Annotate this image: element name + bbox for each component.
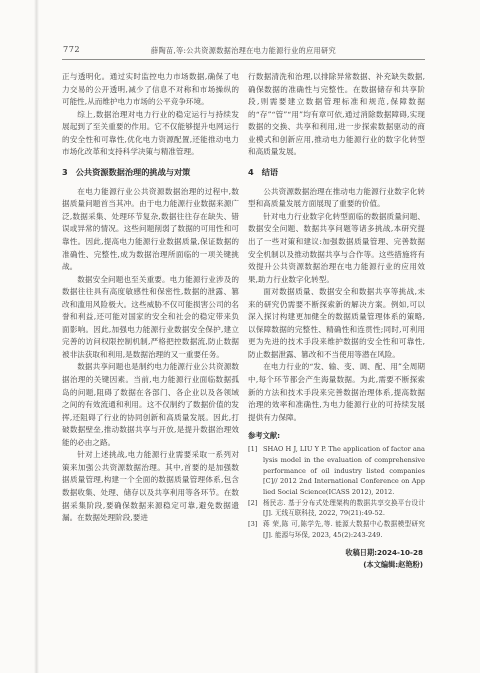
reference-text: SHAO H J, LIU Y P. The application of fa… xyxy=(263,444,425,498)
left-column: 正与透明化。通过实时监控电力市场数据,确保了电力交易的公开透明,减少了信息不对称… xyxy=(62,71,239,571)
running-title: 薛陶苗,等:公共资源数据治理在电力能源行业的应用研究 xyxy=(62,44,425,57)
section-title: 结语 xyxy=(262,167,278,177)
reference-item: [1] SHAO H J, LIU Y P. The application o… xyxy=(248,444,425,498)
section-heading-3: 3公共资源数据治理的挑战与对策 xyxy=(62,166,239,179)
scan-edge-shadow xyxy=(34,0,39,673)
reference-label: [1] xyxy=(248,444,263,498)
paper-page: 772 薛陶苗,等:公共资源数据治理在电力能源行业的应用研究 正与透明化。通过实… xyxy=(62,44,425,571)
paragraph: 行数据清洗和治理,以排除异常数据、补充缺失数据,确保数据的准确性与完整性。在数据… xyxy=(248,71,425,159)
paragraph: 正与透明化。通过实时监控电力市场数据,确保了电力交易的公开透明,减少了信息不对称… xyxy=(62,71,239,109)
section-heading-4: 4结语 xyxy=(248,166,425,179)
editor-note: (本文编辑:赵艳粉) xyxy=(248,559,425,571)
header-rule xyxy=(62,59,425,60)
paragraph: 公共资源数据治理在推动电力能源行业数字化转型和高质量发展方面展现了重要的价值。 xyxy=(248,186,425,211)
paragraph: 针对上述挑战,电力能源行业需要采取一系列对策来加强公共资源数据治理。其中,首要的… xyxy=(62,449,239,524)
paragraph: 数据共享问题也是制约电力能源行业公共资源数据治理的关键因素。当前,电力能源行业面… xyxy=(62,361,239,449)
paragraph: 数据安全问题也至关重要。电力能源行业涉及的数据往往具有高度敏感性和保密性,数据的… xyxy=(62,274,239,362)
paragraph: 面对数据质量、数据安全和数据共享等挑战,未来的研究仍需要不断探索新的解决方案。例… xyxy=(248,286,425,361)
received-date: 收稿日期:2024-10-28 xyxy=(248,547,425,559)
paragraph: 在电力行业的“发、输、变、调、配、用”全周期中,每个环节都会产生海量数据。为此,… xyxy=(248,361,425,424)
reference-label: [2] xyxy=(248,498,263,519)
page-header: 772 薛陶苗,等:公共资源数据治理在电力能源行业的应用研究 xyxy=(62,44,425,57)
paragraph: 针对电力行业数字化转型面临的数据质量问题、数据安全问题、数据共享问题等诸多挑战,… xyxy=(248,211,425,286)
two-column-body: 正与透明化。通过实时监控电力市场数据,确保了电力交易的公开透明,减少了信息不对称… xyxy=(62,71,425,571)
reference-text: 杨民志. 基于分布式处理架构的数据共享交换平台设计[J]. 无线互联科技, 20… xyxy=(263,498,425,519)
references-heading: 参考文献: xyxy=(248,431,425,441)
paragraph: 综上,数据治理对电力行业的稳定运行与持续发展起到了至关重要的作用。它不仅能够提升… xyxy=(62,109,239,159)
paragraph: 在电力能源行业公共资源数据治理的过程中,数据质量问题首当其冲。由于电力能源行业数… xyxy=(62,186,239,274)
section-title: 公共资源数据治理的挑战与对策 xyxy=(76,167,191,177)
page-number: 772 xyxy=(63,44,80,54)
section-number: 4 xyxy=(248,167,254,177)
reference-label: [3] xyxy=(248,519,263,540)
reference-item: [2] 杨民志. 基于分布式处理架构的数据共享交换平台设计[J]. 无线互联科技… xyxy=(248,498,425,519)
reference-text: 蒋 荣,陈 可,陈学先,等. 能源大数据中心数据模型研究[J]. 能源与环保, … xyxy=(263,519,425,540)
section-number: 3 xyxy=(62,167,68,177)
right-column: 行数据清洗和治理,以排除异常数据、补充缺失数据,确保数据的准确性与完整性。在数据… xyxy=(248,71,425,571)
reference-item: [3] 蒋 荣,陈 可,陈学先,等. 能源大数据中心数据模型研究[J]. 能源与… xyxy=(248,519,425,540)
